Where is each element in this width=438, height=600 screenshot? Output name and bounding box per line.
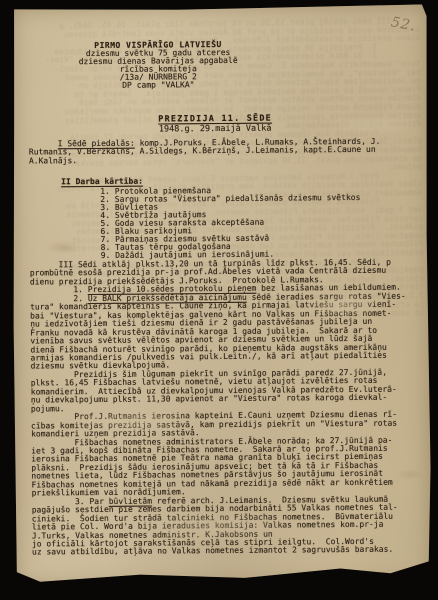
meeting-title-block: PREZIDIJA 11. SĒDE 1948.g. 29.maijā Valk… bbox=[12, 112, 429, 135]
letterhead-line: DP camp "VALKA" bbox=[38, 80, 278, 90]
page-number-annotation: 52. bbox=[389, 14, 417, 35]
scan-background: III Sēdi atklāj plkst.13,20 un tā turpin… bbox=[0, 0, 438, 600]
minutes-paragraph: 3. Par būvlietām referē arch. J.Leimanis… bbox=[32, 495, 430, 557]
minutes-paragraph: Fišbachas nometnes administrators E.Ābel… bbox=[31, 436, 429, 498]
agenda-heading: II Darba kārtība: bbox=[61, 177, 143, 187]
minutes-paragraph: Prezidijs šim lūgumam piekrīt un svinīgo… bbox=[31, 368, 429, 413]
agenda-list: 1.Protokola pieņemšana2.Sargu rotas "Vie… bbox=[100, 185, 421, 260]
text-run: Prof.J.Rutmanis ierosina kapteini E.Caun… bbox=[31, 410, 397, 439]
text-run: Fišbachas nometnes administrators E.Ābel… bbox=[31, 435, 393, 498]
minutes-paragraph: 2. Uz BALK priekšsēdētāja aicinājumu sēd… bbox=[30, 292, 429, 371]
attendance-paragraph: I Sēdē piedalās: komp.J.Poruks, E.Ābele,… bbox=[29, 137, 425, 165]
text-run: sēdē ieradies sargu rotas "Vies- tura" k… bbox=[30, 291, 406, 371]
letterhead: PIRMO VISPĀRĪGO LATVIEŠUdziesmu svētku 7… bbox=[38, 41, 278, 90]
meeting-date-place: 1948.g. 29.maijā Valkā bbox=[12, 122, 419, 135]
scanned-document-screenshot: { "scan": { "page_number": "52." }, "let… bbox=[0, 0, 438, 600]
minutes-section: III Sēdi atklāj plkst.13,20 un tā turpin… bbox=[30, 258, 430, 557]
document-page: III Sēdi atklāj plkst.13,20 un tā turpin… bbox=[11, 4, 433, 586]
text-run: Prezidijs šim lūgumam piekrīt un svinīgo… bbox=[31, 368, 397, 414]
